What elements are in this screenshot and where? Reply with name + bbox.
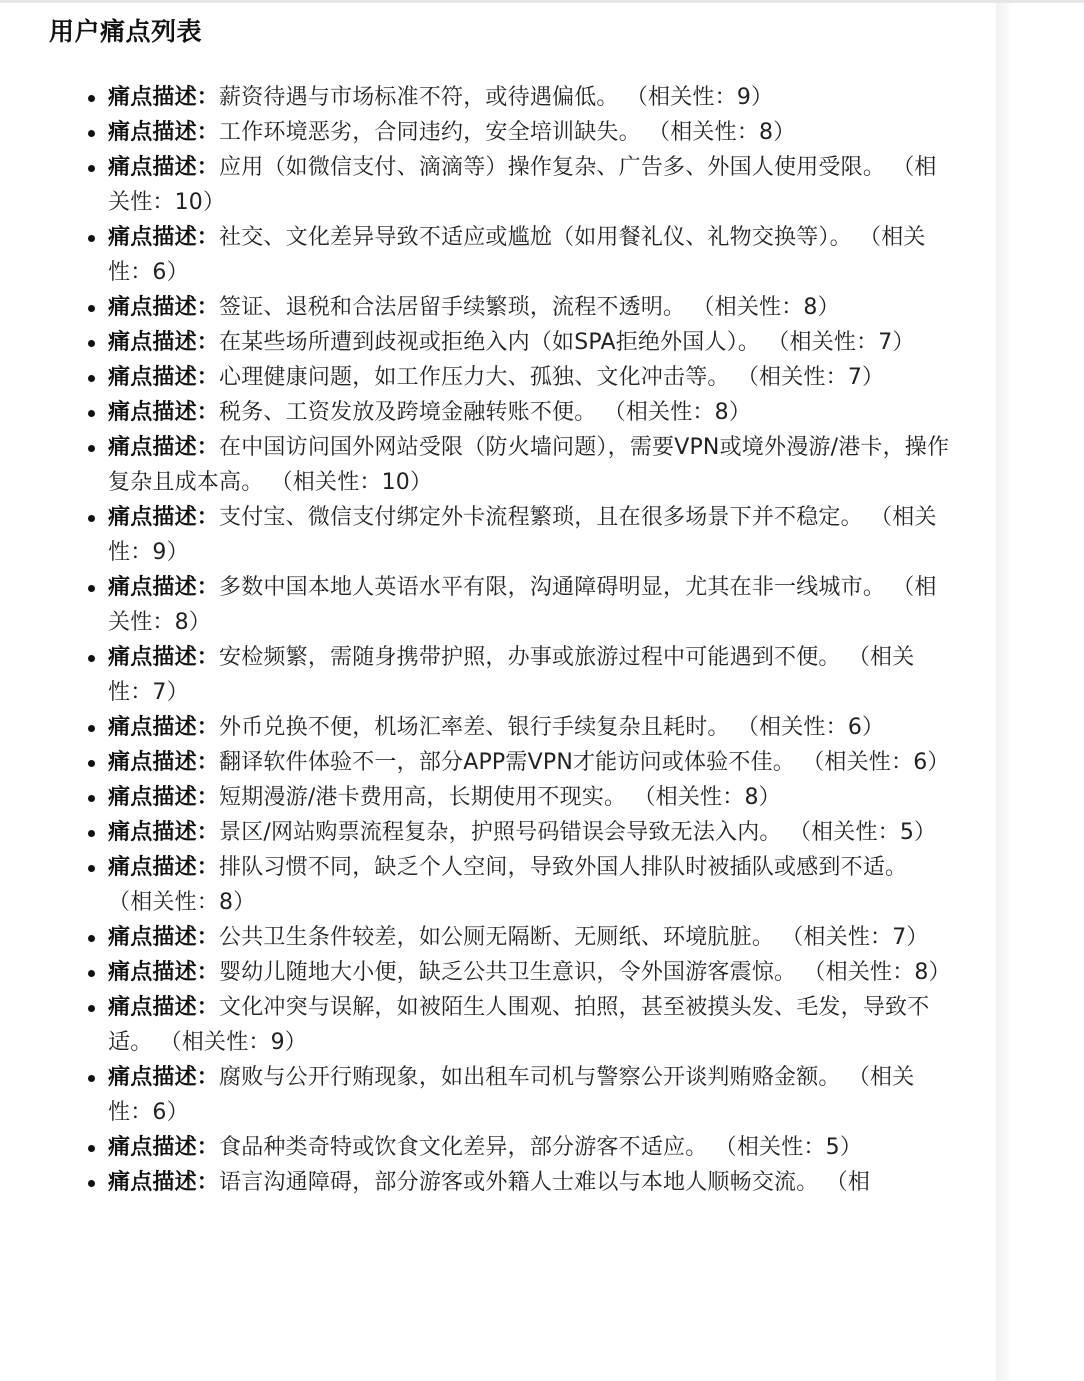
pain-point-list: 痛点描述：薪资待遇与市场标准不符，或待遇偏低。 （相关性：9） 痛点描述：工作环…: [108, 80, 953, 1200]
list-item: 痛点描述：腐败与公开行贿现象，如出租车司机与警察公开谈判贿赂金额。 （相关性：6…: [108, 1060, 953, 1130]
item-description: 翻译软件体验不一，部分APP需VPN才能访问或体验不佳。: [219, 750, 795, 775]
item-label: 痛点描述：: [108, 120, 219, 145]
bullet-icon: [88, 795, 95, 802]
item-description: 腐败与公开行贿现象，如出租车司机与警察公开谈判贿赂金额。: [219, 1065, 841, 1090]
item-label: 痛点描述：: [108, 155, 219, 180]
item-description: 公共卫生条件较差，如公厕无隔断、无厕纸、环境肮脏。: [219, 925, 774, 950]
item-description: 薪资待遇与市场标准不符，或待遇偏低。: [219, 85, 619, 110]
bullet-icon: [88, 725, 95, 732]
page-title: 用户痛点列表: [49, 12, 202, 52]
list-item: 痛点描述：文化冲突与误解，如被陌生人围观、拍照，甚至被摸头发、毛发，导致不适。 …: [108, 990, 953, 1060]
bullet-icon: [88, 970, 95, 977]
list-item: 痛点描述：公共卫生条件较差，如公厕无隔断、无厕纸、环境肮脏。 （相关性：7）: [108, 920, 953, 955]
item-description: 食品种类奇特或饮食文化差异，部分游客不适应。: [219, 1135, 707, 1160]
list-item: 痛点描述：短期漫游/港卡费用高，长期使用不现实。 （相关性：8）: [108, 780, 953, 815]
item-relevance: （相关性：8）: [633, 785, 780, 810]
item-description: 短期漫游/港卡费用高，长期使用不现实。: [219, 785, 626, 810]
item-label: 痛点描述：: [108, 225, 219, 250]
item-relevance: （相关性：5）: [715, 1135, 862, 1160]
item-label: 痛点描述：: [108, 330, 219, 355]
list-item: 痛点描述：薪资待遇与市场标准不符，或待遇偏低。 （相关性：9）: [108, 80, 953, 115]
item-description: 社交、文化差异导致不适应或尴尬（如用餐礼仪、礼物交换等）。: [219, 225, 852, 250]
item-label: 痛点描述：: [108, 435, 219, 460]
list-item: 痛点描述：食品种类奇特或饮食文化差异，部分游客不适应。 （相关性：5）: [108, 1130, 953, 1165]
item-description: 多数中国本地人英语水平有限，沟通障碍明显，尤其在非一线城市。: [219, 575, 885, 600]
list-item: 痛点描述：翻译软件体验不一，部分APP需VPN才能访问或体验不佳。 （相关性：6…: [108, 745, 953, 780]
item-relevance: （相关性：8）: [803, 960, 950, 985]
list-item: 痛点描述：签证、退税和合法居留手续繁琐，流程不透明。 （相关性：8）: [108, 290, 953, 325]
bullet-icon: [88, 830, 95, 837]
list-item: 痛点描述：安检频繁，需随身携带护照，办事或旅游过程中可能遇到不便。 （相关性：7…: [108, 640, 953, 710]
item-relevance: （相关性：8）: [108, 890, 255, 915]
item-description: 应用（如微信支付、滴滴等）操作复杂、广告多、外国人使用受限。: [219, 155, 885, 180]
item-label: 痛点描述：: [108, 995, 219, 1020]
list-item: 痛点描述：在中国访问国外网站受限（防火墙问题），需要VPN或境外漫游/港卡，操作…: [108, 430, 953, 500]
list-item: 痛点描述：多数中国本地人英语水平有限，沟通障碍明显，尤其在非一线城市。 （相关性…: [108, 570, 953, 640]
item-description: 在中国访问国外网站受限（防火墙问题），需要VPN或境外漫游/港卡，操作复杂且成本…: [108, 435, 949, 495]
item-description: 工作环境恶劣，合同违约，安全培训缺失。: [219, 120, 641, 145]
item-label: 痛点描述：: [108, 505, 219, 530]
item-relevance: （相关性：9）: [160, 1030, 307, 1055]
item-label: 痛点描述：: [108, 750, 219, 775]
bullet-icon: [88, 865, 95, 872]
item-label: 痛点描述：: [108, 575, 219, 600]
bullet-icon: [88, 235, 95, 242]
list-item: 痛点描述：支付宝、微信支付绑定外卡流程繁琐，且在很多场景下并不稳定。 （相关性：…: [108, 500, 953, 570]
top-border: [0, 0, 1084, 3]
item-relevance: （相关性：8）: [648, 120, 795, 145]
item-label: 痛点描述：: [108, 400, 219, 425]
item-description: 安检频繁，需随身携带护照，办事或旅游过程中可能遇到不便。: [219, 645, 841, 670]
item-relevance: （相关性：6）: [802, 750, 949, 775]
content-edge-shadow: [996, 3, 1012, 1381]
item-relevance: （相关性：7）: [781, 925, 928, 950]
bullet-icon: [88, 585, 95, 592]
bullet-icon: [88, 95, 95, 102]
item-relevance: （相关性：8）: [604, 400, 751, 425]
list-item: 痛点描述：婴幼儿随地大小便，缺乏公共卫生意识，令外国游客震惊。 （相关性：8）: [108, 955, 953, 990]
bullet-icon: [88, 1005, 95, 1012]
bullet-icon: [88, 760, 95, 767]
bullet-icon: [88, 445, 95, 452]
bullet-icon: [88, 1180, 95, 1187]
item-description: 心理健康问题，如工作压力大、孤独、文化冲击等。: [219, 365, 730, 390]
item-relevance: （相关性：7）: [767, 330, 914, 355]
item-label: 痛点描述：: [108, 1170, 219, 1195]
item-label: 痛点描述：: [108, 1065, 219, 1090]
bullet-icon: [88, 935, 95, 942]
item-description: 支付宝、微信支付绑定外卡流程繁琐，且在很多场景下并不稳定。: [219, 505, 863, 530]
item-label: 痛点描述：: [108, 365, 219, 390]
bullet-icon: [88, 515, 95, 522]
bullet-icon: [88, 1075, 95, 1082]
list-item: 痛点描述：排队习惯不同，缺乏个人空间，导致外国人排队时被插队或感到不适。 （相关…: [108, 850, 953, 920]
item-label: 痛点描述：: [108, 645, 219, 670]
item-label: 痛点描述：: [108, 85, 219, 110]
bullet-icon: [88, 655, 95, 662]
item-label: 痛点描述：: [108, 785, 219, 810]
item-relevance: （相关性：8）: [692, 295, 839, 320]
bullet-icon: [88, 1145, 95, 1152]
item-label: 痛点描述：: [108, 855, 219, 880]
bullet-icon: [88, 340, 95, 347]
item-relevance: （相关性：9）: [626, 85, 773, 110]
item-label: 痛点描述：: [108, 1135, 219, 1160]
item-label: 痛点描述：: [108, 960, 219, 985]
item-description: 在某些场所遭到歧视或拒绝入内（如SPA拒绝外国人）。: [219, 330, 760, 355]
item-label: 痛点描述：: [108, 925, 219, 950]
list-item: 痛点描述：应用（如微信支付、滴滴等）操作复杂、广告多、外国人使用受限。 （相关性…: [108, 150, 953, 220]
list-item: 痛点描述：语言沟通障碍，部分游客或外籍人士难以与本地人顺畅交流。 （相: [108, 1165, 953, 1200]
item-label: 痛点描述：: [108, 820, 219, 845]
item-description: 排队习惯不同，缺乏个人空间，导致外国人排队时被插队或感到不适。: [219, 855, 907, 880]
bullet-icon: [88, 305, 95, 312]
item-description: 景区/网站购票流程复杂，护照号码错误会导致无法入内。: [219, 820, 782, 845]
item-relevance: （相关性：6）: [737, 715, 884, 740]
list-item: 痛点描述：在某些场所遭到歧视或拒绝入内（如SPA拒绝外国人）。 （相关性：7）: [108, 325, 953, 360]
item-label: 痛点描述：: [108, 295, 219, 320]
bullet-icon: [88, 410, 95, 417]
list-item: 痛点描述：工作环境恶劣，合同违约，安全培训缺失。 （相关性：8）: [108, 115, 953, 150]
item-description: 签证、退税和合法居留手续繁琐，流程不透明。: [219, 295, 685, 320]
item-relevance: （相关性：10）: [271, 470, 433, 495]
item-relevance: （相关性：7）: [737, 365, 884, 390]
list-item: 痛点描述：景区/网站购票流程复杂，护照号码错误会导致无法入内。 （相关性：5）: [108, 815, 953, 850]
item-description: 婴幼儿随地大小便，缺乏公共卫生意识，令外国游客震惊。: [219, 960, 796, 985]
list-item: 痛点描述：心理健康问题，如工作压力大、孤独、文化冲击等。 （相关性：7）: [108, 360, 953, 395]
item-relevance: （相关性：5）: [789, 820, 936, 845]
item-description: 外币兑换不便，机场汇率差、银行手续复杂且耗时。: [219, 715, 730, 740]
bullet-icon: [88, 375, 95, 382]
list-item: 痛点描述：社交、文化差异导致不适应或尴尬（如用餐礼仪、礼物交换等）。 （相关性：…: [108, 220, 953, 290]
item-label: 痛点描述：: [108, 715, 219, 740]
item-description: 语言沟通障碍，部分游客或外籍人士难以与本地人顺畅交流。: [219, 1170, 818, 1195]
list-item: 痛点描述：外币兑换不便，机场汇率差、银行手续复杂且耗时。 （相关性：6）: [108, 710, 953, 745]
bullet-icon: [88, 165, 95, 172]
list-item: 痛点描述：税务、工资发放及跨境金融转账不便。 （相关性：8）: [108, 395, 953, 430]
item-description: 税务、工资发放及跨境金融转账不便。: [219, 400, 596, 425]
bullet-icon: [88, 130, 95, 137]
item-relevance: （相: [826, 1170, 870, 1195]
